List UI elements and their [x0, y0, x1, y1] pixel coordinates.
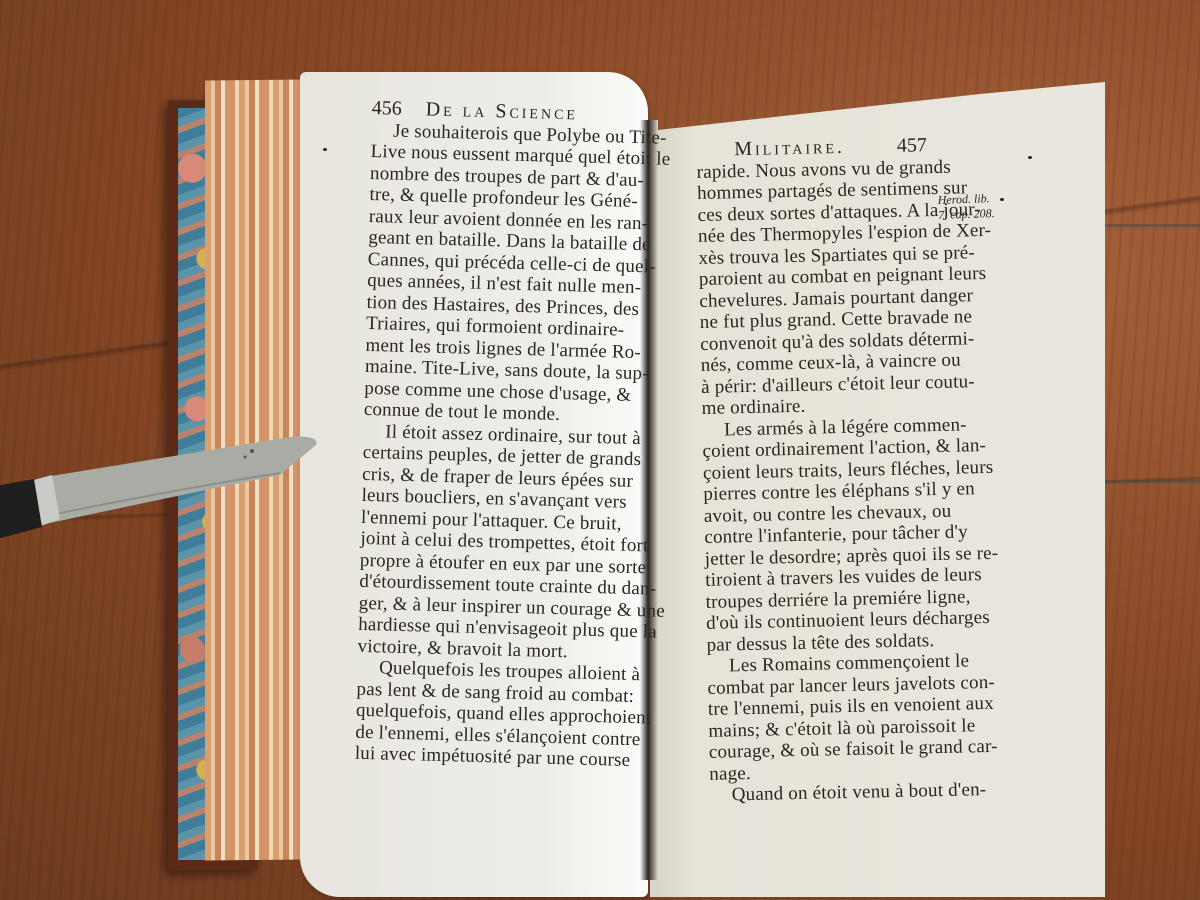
ink-speck [1028, 156, 1032, 159]
knife [0, 415, 330, 545]
right-page-text: Militaire. 457 rapide. Nous avons vu de … [696, 135, 970, 807]
knife-blade [45, 437, 316, 523]
left-page-lines: Je souhaiterois que Polybe ou Tite-Live … [355, 119, 652, 771]
ink-speck [1000, 198, 1004, 201]
right-page-lines: rapide. Nous avons vu de grandshommes pa… [696, 156, 969, 806]
left-header-title: De la Science [425, 98, 578, 124]
right-header-title: Militaire. [734, 136, 845, 160]
table-seam-bottom [1100, 480, 1200, 483]
ink-speck [323, 148, 327, 151]
marginal-note-line2: 7. cap. 208. [938, 206, 995, 223]
left-page-text: 456 De la Science Je souhaiterois que Po… [355, 98, 652, 772]
page-number-right: 457 [897, 134, 927, 157]
page-number-left: 456 [371, 97, 402, 120]
marginal-note: Herod. lib. 7. cap. 208. [937, 191, 994, 223]
